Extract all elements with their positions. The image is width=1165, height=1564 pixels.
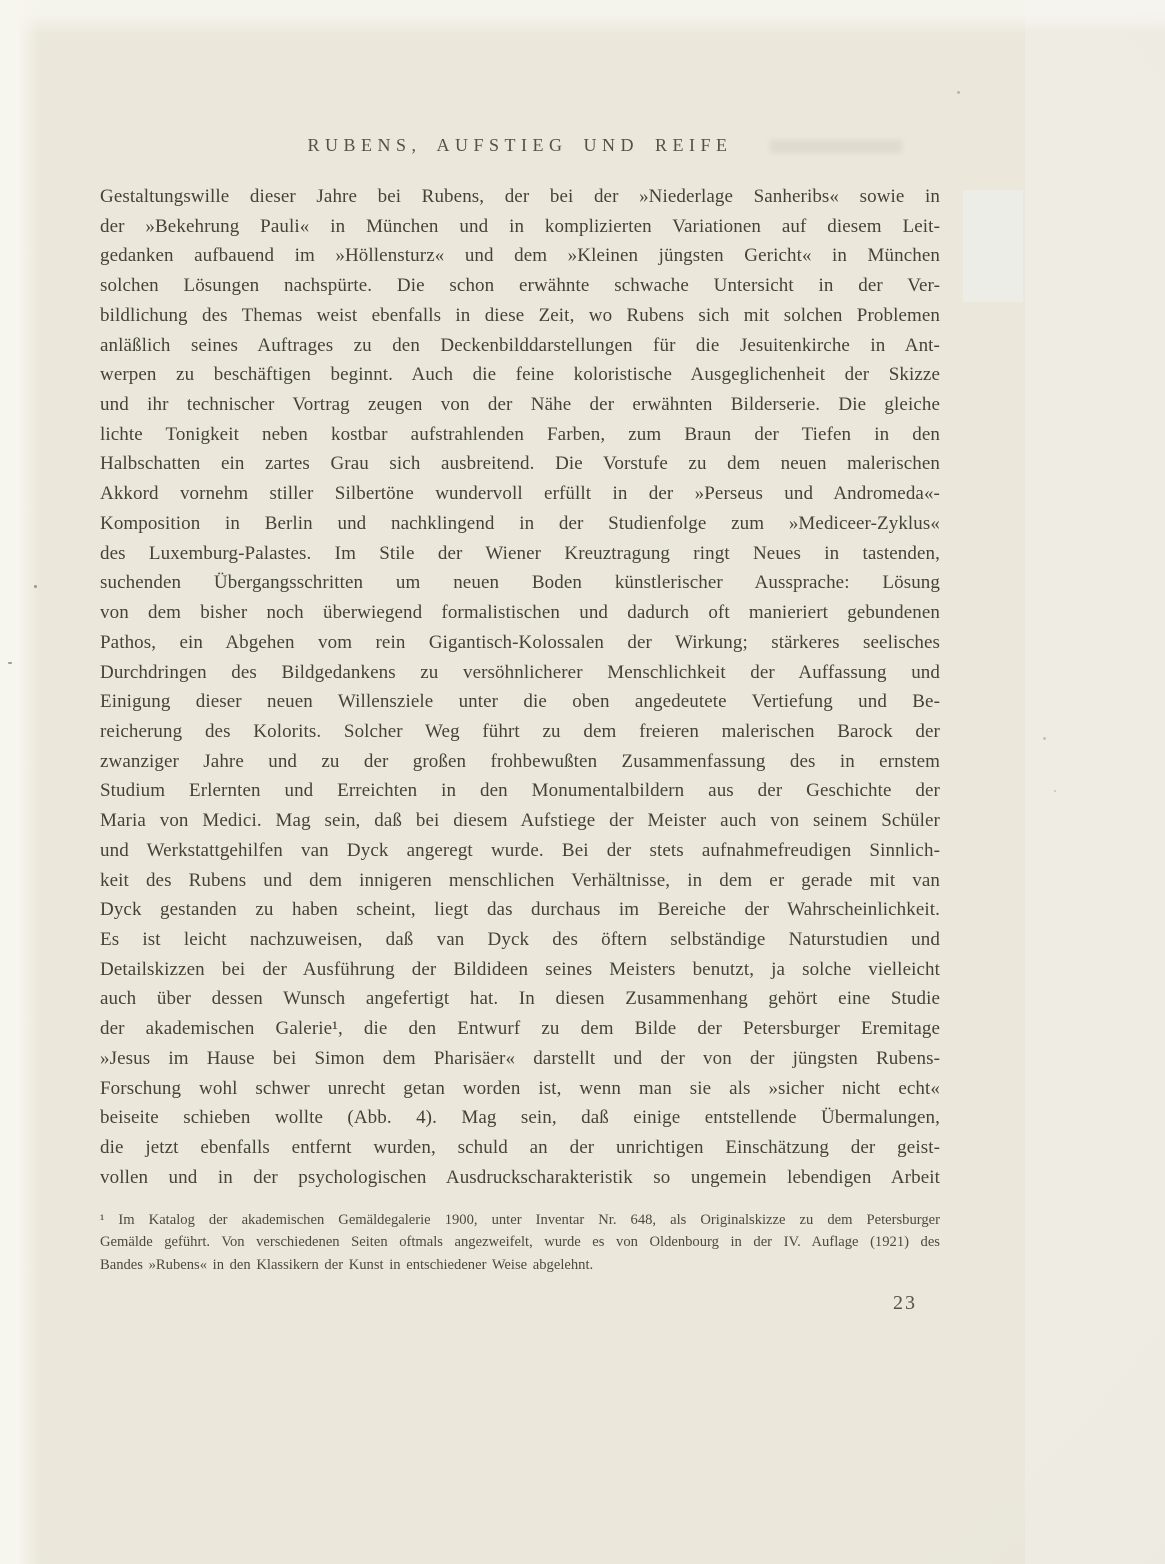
body-text-line: keit des Rubens und dem innigeren mensch… [100, 866, 940, 896]
body-text-line: »Jesus im Hause bei Simon dem Pharisäer«… [100, 1044, 940, 1074]
body-text-line: bildlichung des Themas weist ebenfalls i… [100, 301, 940, 331]
body-text-line: Akkord vornehm stiller Silbertöne wunder… [100, 479, 940, 509]
paper-speck [1054, 790, 1056, 792]
scanned-book-page: RUBENS, AUFSTIEG UND REIFE Gestaltungswi… [0, 0, 1165, 1564]
body-text: Gestaltungswille dieser Jahre bei Rubens… [100, 182, 940, 1192]
body-text-line: des Luxemburg-Palastes. Im Stile der Wie… [100, 539, 940, 569]
body-text-line: Studium Erlernten und Erreichten in den … [100, 776, 940, 806]
body-text-line: Halbschatten ein zartes Grau sich ausbre… [100, 449, 940, 479]
body-text-line: von dem bisher noch überwiegend formalis… [100, 598, 940, 628]
body-text-line: der »Bekehrung Pauli« in München und in … [100, 212, 940, 242]
footnote: ¹ Im Katalog der akademischen Gemäldegal… [100, 1209, 940, 1276]
scan-shading-band [1025, 0, 1165, 1564]
body-text-line: auch über dessen Wunsch angefertigt hat.… [100, 984, 940, 1014]
paper-speck [957, 91, 960, 94]
body-text-line: beiseite schieben wollte (Abb. 4). Mag s… [100, 1103, 940, 1133]
paper-speck [34, 585, 37, 588]
body-text-line: werpen zu beschäftigen beginnt. Auch die… [100, 360, 940, 390]
paper-speck [1043, 737, 1046, 740]
body-text-line: die jetzt ebenfalls entfernt wurden, sch… [100, 1133, 940, 1163]
body-text-line: reicherung des Kolorits. Solcher Weg füh… [100, 717, 940, 747]
body-text-line: Einigung dieser neuen Willensziele unter… [100, 687, 940, 717]
body-text-line: Pathos, ein Abgehen vom rein Gigantisch-… [100, 628, 940, 658]
body-text-line: Maria von Medici. Mag sein, daß bei dies… [100, 806, 940, 836]
body-text-line: lichte Tonigkeit neben kostbar aufstrahl… [100, 420, 940, 450]
paper-speck [8, 662, 12, 664]
body-text-line: anläßlich seines Auftrages zu den Decken… [100, 331, 940, 361]
body-text-line: gedanken aufbauend im »Höllensturz« und … [100, 241, 940, 271]
body-text-line: und Werkstattgehilfen van Dyck angeregt … [100, 836, 940, 866]
chapter-running-head: RUBENS, AUFSTIEG UND REIFE [100, 135, 940, 156]
body-text-line: Komposition in Berlin und nachklingend i… [100, 509, 940, 539]
body-text-line: Dyck gestanden zu haben scheint, liegt d… [100, 895, 940, 925]
footnote-line: ¹ Im Katalog der akademischen Gemäldegal… [100, 1209, 940, 1231]
body-text-line: zwanziger Jahre und zu der großen frohbe… [100, 747, 940, 777]
body-text-line: Detailskizzen bei der Ausführung der Bil… [100, 955, 940, 985]
footnote-line: Gemälde geführt. Von verschiedenen Seite… [100, 1231, 940, 1253]
body-text-line: solchen Lösungen nachspürte. Die schon e… [100, 271, 940, 301]
scan-light-patch [963, 190, 1023, 302]
body-text-line: vollen und in der psychologischen Ausdru… [100, 1163, 940, 1193]
body-text-line: und ihr technischer Vortrag zeugen von d… [100, 390, 940, 420]
body-text-line: suchenden Übergangsschritten um neuen Bo… [100, 568, 940, 598]
body-text-line: Durchdringen des Bildgedankens zu versöh… [100, 658, 940, 688]
body-text-line: der akademischen Galerie¹, die den Entwu… [100, 1014, 940, 1044]
body-text-line: Es ist leicht nachzuweisen, daß van Dyck… [100, 925, 940, 955]
footnote-line: Bandes »Rubens« in den Klassikern der Ku… [100, 1254, 940, 1276]
body-text-line: Gestaltungswille dieser Jahre bei Rubens… [100, 182, 940, 212]
page-number: 23 [858, 1292, 952, 1315]
body-text-line: Forschung wohl schwer unrecht getan word… [100, 1074, 940, 1104]
